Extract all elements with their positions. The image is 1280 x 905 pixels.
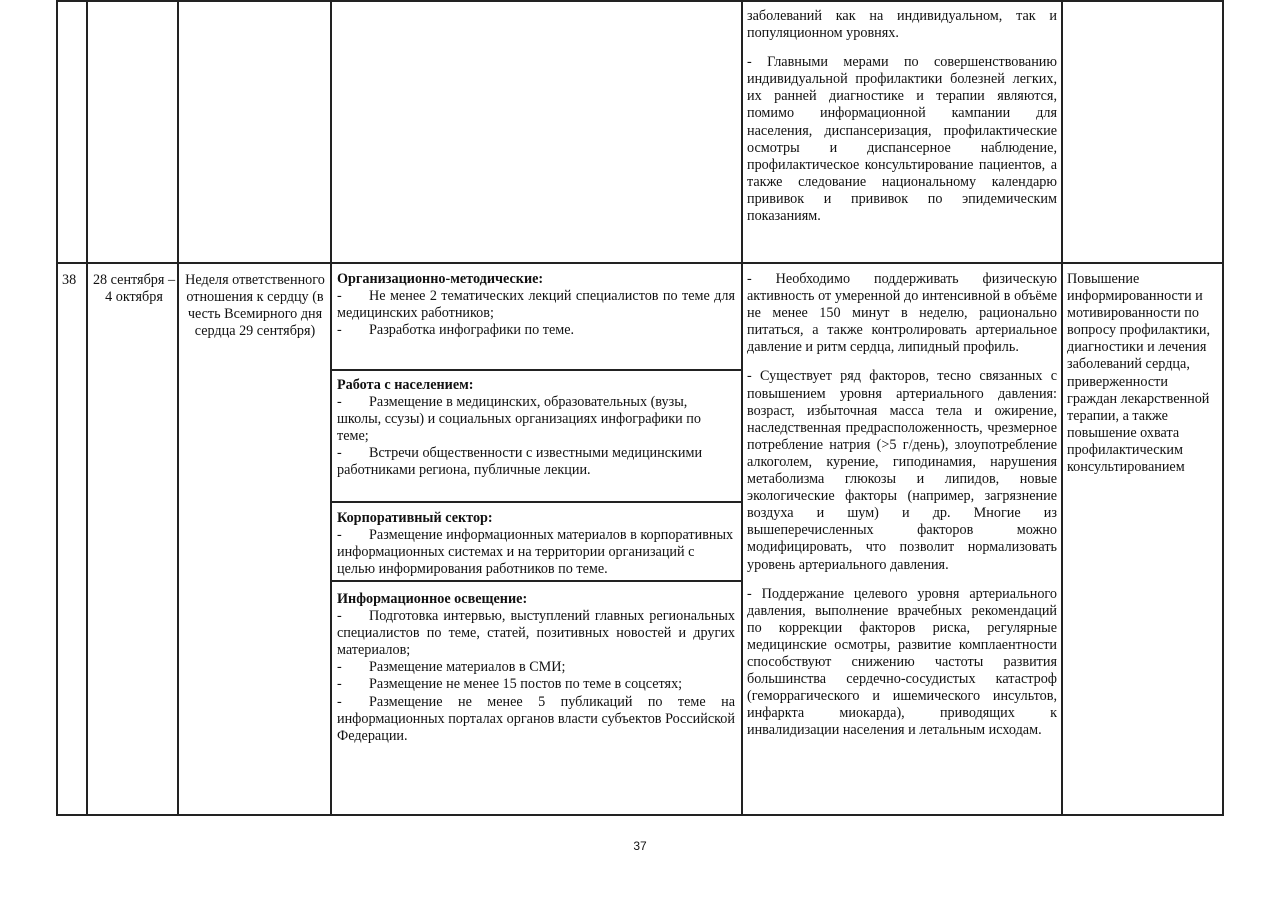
dates-cell: 28 сентября – 4 октября [92, 272, 176, 306]
prev-row-paragraph: заболеваний как на индивидуальном, так и… [747, 8, 1057, 42]
activity-block-population: Работа с населением: -Размещение в медиц… [337, 377, 721, 480]
activity-item: -Размещение информационных материалов в … [337, 527, 735, 578]
activity-block-title: Работа с населением: [337, 377, 721, 394]
key-message: - Существует ряд факторов, тесно связанн… [747, 368, 1057, 573]
activity-block-corporate: Корпоративный сектор: -Размещение информ… [337, 510, 735, 578]
key-messages-cell: - Необходимо поддерживать физическую акт… [747, 271, 1057, 751]
activity-item: -Размещение материалов в СМИ; [337, 659, 735, 676]
col-line-4 [741, 0, 743, 816]
activity-item: -Разработка инфографики по теме. [337, 322, 735, 339]
activity-block-org-methodical: Организационно-методические: -Не менее 2… [337, 271, 735, 339]
prev-row-content-cell: заболеваний как на индивидуальном, так и… [747, 8, 1057, 237]
expected-result-cell: Повышение информированности и мотивирова… [1067, 271, 1219, 476]
event-dates: 28 сентября – 4 октября [93, 272, 175, 305]
activity-divider-2 [330, 501, 743, 503]
key-message: - Необходимо поддерживать физическую акт… [747, 271, 1057, 356]
col-line-6 [1222, 0, 1224, 816]
expected-result: Повышение информированности и мотивирова… [1067, 271, 1210, 475]
activity-item: -Не менее 2 тематических лекций специали… [337, 288, 735, 322]
col-line-5 [1061, 0, 1063, 816]
key-message: - Поддержание целевого уровня артериальн… [747, 586, 1057, 740]
col-line-0 [56, 0, 58, 816]
col-line-3 [330, 0, 332, 816]
table-top-border [56, 0, 1224, 2]
prev-row-paragraph: - Главными мерами по совершенствованию и… [747, 54, 1057, 225]
activity-item: -Встречи общественности с известными мед… [337, 445, 721, 479]
activity-block-title: Информационное освещение: [337, 591, 735, 608]
event-name-cell: Неделя ответственного отношения к сердцу… [183, 272, 327, 340]
activity-block-information: Информационное освещение: -Подготовка ин… [337, 591, 735, 745]
col-line-2 [177, 0, 179, 816]
activity-block-title: Корпоративный сектор: [337, 510, 735, 527]
activity-item: -Размещение не менее 15 постов по теме в… [337, 676, 735, 693]
activity-item: -Подготовка интервью, выступлений главны… [337, 608, 735, 659]
activity-block-title: Организационно-методические: [337, 271, 735, 288]
document-page: заболеваний как на индивидуальном, так и… [0, 0, 1280, 905]
row-number-cell: 38 [62, 272, 84, 289]
row-divider [56, 262, 1224, 264]
activity-divider-3 [330, 580, 743, 582]
activity-divider-1 [330, 369, 743, 371]
activity-item: -Размещение в медицинских, образовательн… [337, 394, 721, 445]
table-bottom-border [56, 814, 1224, 816]
col-line-1 [86, 0, 88, 816]
event-name: Неделя ответственного отношения к сердцу… [185, 272, 325, 339]
page-number: 37 [0, 839, 1280, 853]
row-number: 38 [62, 272, 76, 288]
activity-item: -Размещение не менее 5 публикаций по тем… [337, 694, 735, 745]
